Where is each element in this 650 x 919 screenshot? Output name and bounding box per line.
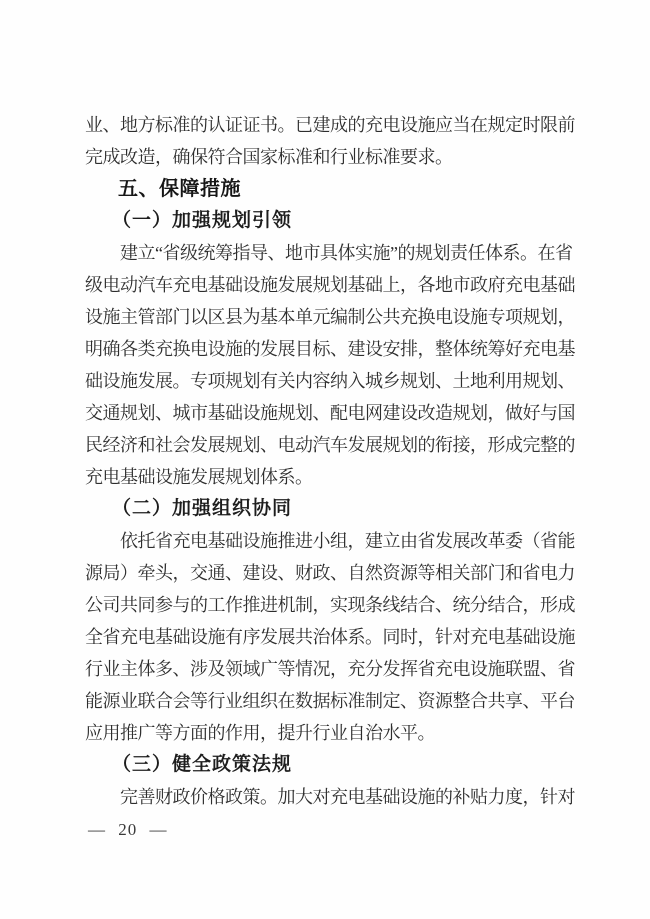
text-line: 交通规划、城市基础设施规划、配电网建设改造规划，做好与国	[85, 397, 585, 429]
text-line: 依托省充电基础设施推进小组，建立由省发展改革委（省能	[85, 525, 585, 557]
text-line: 全省充电基础设施有序发展共治体系。同时，针对充电基础设施	[85, 621, 585, 653]
text-line: 完善财政价格政策。加大对充电基础设施的补贴力度，针对	[85, 781, 585, 813]
text-line: 公司共同参与的工作推进机制，实现条线结合、统分结合，形成	[85, 589, 585, 621]
text-line: 础设施发展。专项规划有关内容纳入城乡规划、土地利用规划、	[85, 365, 585, 397]
section-heading: 五、保障措施	[85, 173, 585, 205]
document-page: 业、地方标准的认证证书。已建成的充电设施应当在规定时限前 完成改造，确保符合国家…	[0, 0, 650, 919]
text-line: 级电动汽车充电基础设施发展规划基础上，各地市政府充电基础	[85, 269, 585, 301]
subsection-heading: （三）健全政策法规	[85, 749, 585, 781]
text-line: 充电基础设施发展规划体系。	[85, 461, 585, 493]
text-line: 设施主管部门以区县为基本单元编制公共充换电设施专项规划，	[85, 301, 585, 333]
page-number: — 20 —	[88, 820, 168, 840]
document-body: 业、地方标准的认证证书。已建成的充电设施应当在规定时限前 完成改造，确保符合国家…	[85, 109, 585, 813]
subsection-heading: （二）加强组织协同	[85, 493, 585, 525]
text-line: 民经济和社会发展规划、电动汽车发展规划的衔接，形成完整的	[85, 429, 585, 461]
text-line: 行业主体多、涉及领域广等情况，充分发挥省充电设施联盟、省	[85, 653, 585, 685]
text-line: 能源业联合会等行业组织在数据标准制定、资源整合共享、平台	[85, 685, 585, 717]
text-line: 应用推广等方面的作用，提升行业自治水平。	[85, 717, 585, 749]
subsection-heading: （一）加强规划引领	[85, 205, 585, 237]
text-line: 源局）牵头，交通、建设、财政、自然资源等相关部门和省电力	[85, 557, 585, 589]
text-line: 明确各类充换电设施的发展目标、建设安排，整体统筹好充电基	[85, 333, 585, 365]
text-line: 业、地方标准的认证证书。已建成的充电设施应当在规定时限前	[85, 109, 585, 141]
text-line: 建立“省级统筹指导、地市具体实施”的规划责任体系。在省	[85, 237, 585, 269]
text-line: 完成改造，确保符合国家标准和行业标准要求。	[85, 141, 585, 173]
